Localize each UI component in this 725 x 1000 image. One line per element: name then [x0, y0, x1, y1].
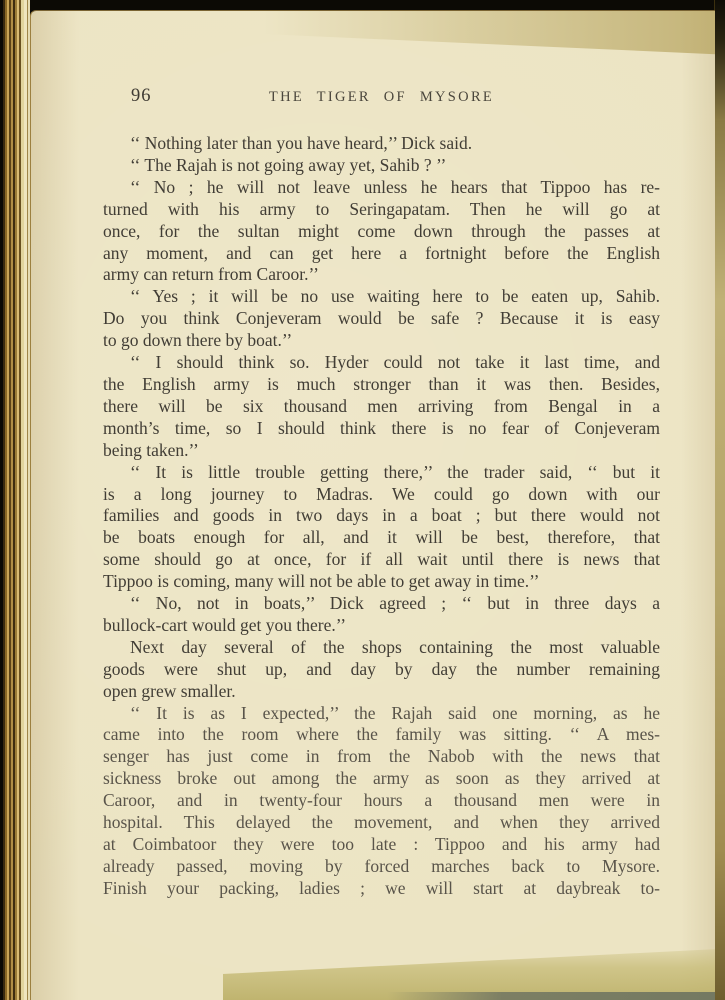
- text-line: Do you think Conjeveram would be safe ? …: [103, 308, 660, 330]
- paragraph: ‘‘ The Rajah is not going away yet, Sahi…: [103, 155, 660, 177]
- text-line: ‘‘ The Rajah is not going away yet, Sahi…: [103, 155, 660, 177]
- text-line: once, for the sultan might come down thr…: [103, 221, 660, 243]
- text-line: sickness broke out among the army as soo…: [103, 768, 660, 790]
- page-header: 96 THE TIGER OF MYSORE: [103, 88, 660, 110]
- text-line: senger has just come in from the Nabob w…: [103, 746, 660, 768]
- paragraph: ‘‘ It is little trouble getting there,’’…: [103, 462, 660, 593]
- text-line: ‘‘ It is as I expected,’’ the Rajah said…: [103, 703, 660, 725]
- text-line: some should go at once, for if all wait …: [103, 549, 660, 571]
- text-line: being taken.’’: [103, 440, 660, 462]
- text-line: the English army is much stronger than i…: [103, 374, 660, 396]
- text-line: bullock-cart would get you there.’’: [103, 615, 660, 637]
- book-fore-edge: [714, 0, 725, 1000]
- text-line: Next day several of the shops containing…: [103, 637, 660, 659]
- text-line: hospital. This delayed the movement, and…: [103, 812, 660, 834]
- text-line: to go down there by boat.’’: [103, 330, 660, 352]
- text-line: ‘‘ It is little trouble getting there,’’…: [103, 462, 660, 484]
- book-binding-gutter: [0, 0, 30, 1000]
- text-line: Caroor, and in twenty-four hours a thous…: [103, 790, 660, 812]
- page-shading-bottom: [223, 938, 715, 1000]
- text-line: at Coimbatoor they were too late : Tippo…: [103, 834, 660, 856]
- text-line: Tippoo is coming, many will not be able …: [103, 571, 660, 593]
- text-line: ‘‘ No ; he will not leave unless he hear…: [103, 177, 660, 199]
- page-shading-bottom-edge: [387, 992, 715, 1000]
- text-line: goods were shut up, and day by day the n…: [103, 659, 660, 681]
- paragraph: ‘‘ Nothing later than you have heard,’’ …: [103, 133, 660, 155]
- page-content: 96 THE TIGER OF MYSORE ‘‘ Nothing later …: [103, 88, 660, 900]
- paragraph: ‘‘ No ; he will not leave unless he hear…: [103, 177, 660, 287]
- text-line: turned with his army to Seringapatam. Th…: [103, 199, 660, 221]
- text-line: is a long journey to Madras. We could go…: [103, 484, 660, 506]
- text-line: be boats enough for all, and it will be …: [103, 527, 660, 549]
- text-line: any moment, and can get here a fortnight…: [103, 243, 660, 265]
- paragraph: ‘‘ I should think so. Hyder could not ta…: [103, 352, 660, 462]
- text-line: ‘‘ I should think so. Hyder could not ta…: [103, 352, 660, 374]
- text-line: ‘‘ Yes ; it will be no use waiting here …: [103, 286, 660, 308]
- page-shading-top: [264, 11, 715, 59]
- paragraph: ‘‘ No, not in boats,’’ Dick agreed ; ‘‘ …: [103, 593, 660, 637]
- text-line: ‘‘ Nothing later than you have heard,’’ …: [103, 133, 660, 155]
- text-line: there will be six thousand men arriving …: [103, 396, 660, 418]
- book-scan: 96 THE TIGER OF MYSORE ‘‘ Nothing later …: [0, 0, 725, 1000]
- text-line: ‘‘ No, not in boats,’’ Dick agreed ; ‘‘ …: [103, 593, 660, 615]
- text-line: open grew smaller.: [103, 681, 660, 703]
- text-line: families and goods in two days in a boat…: [103, 505, 660, 527]
- text-line: month’s time, so I should think there is…: [103, 418, 660, 440]
- text-line: army can return from Caroor.’’: [103, 264, 660, 286]
- paragraph: ‘‘ It is as I expected,’’ the Rajah said…: [103, 703, 660, 900]
- text-line: already passed, moving by forced marches…: [103, 856, 660, 878]
- page-text: ‘‘ Nothing later than you have heard,’’ …: [103, 133, 660, 900]
- text-line: Finish your packing, ladies ; we will st…: [103, 878, 660, 900]
- paragraph: ‘‘ Yes ; it will be no use waiting here …: [103, 286, 660, 352]
- running-title: THE TIGER OF MYSORE: [269, 89, 494, 105]
- scan-border-top: [0, 0, 725, 10]
- text-line: came into the room where the family was …: [103, 724, 660, 746]
- page-number: 96: [131, 86, 152, 107]
- paragraph: Next day several of the shops containing…: [103, 637, 660, 703]
